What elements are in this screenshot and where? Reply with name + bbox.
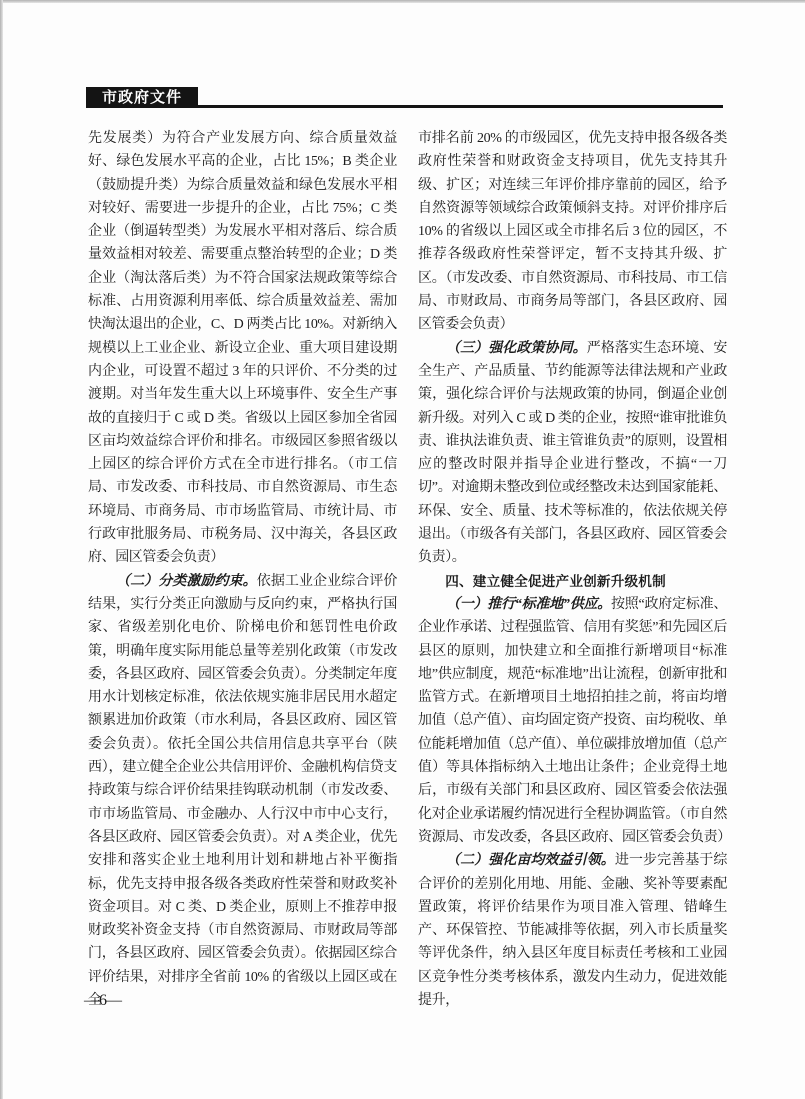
right-column: 市排名前 20% 的市级园区，优先支持申报各级各类政府性荣誉和财政资金支持项目，… (418, 127, 727, 1012)
document-page: 市政府文件 先发展类）为符合产业发展方向、综合质量效益好、绿色发展水平高的企业，… (0, 0, 805, 1099)
paragraph-lead: （一）推行“标准地”供应。 (446, 597, 611, 612)
paragraph-text: 严格落实生态环境、安全生产、产品质量、节约能源等法律法规和产业政策，强化综合评价… (418, 341, 727, 566)
left-column: 先发展类）为符合产业发展方向、综合质量效益好、绿色发展水平高的企业，占比 15%… (88, 127, 397, 1012)
paragraph-text: 先发展类）为符合产业发展方向、综合质量效益好、绿色发展水平高的企业，占比 15%… (88, 131, 397, 565)
section-heading: 四、建立健全促进产业创新升级机制 (418, 570, 727, 593)
paragraph-text: 市排名前 20% 的市级园区，优先支持申报各级各类政府性荣誉和财政资金支持项目，… (418, 131, 727, 332)
paragraph-lead: （二）分类激励约束。 (116, 574, 257, 589)
scan-edge-top (0, 0, 805, 3)
paragraph-lead: （二）强化亩均效益引领。 (446, 853, 615, 868)
paragraph: （三）强化政策协同。严格落实生态环境、安全生产、产品质量、节约能源等法律法规和产… (418, 337, 727, 570)
scan-edge-left (0, 0, 3, 1099)
paragraph-text: 依据工业企业综合评价结果，实行分类正向激励与反向约束，严格执行国家、省级差别化电… (88, 574, 397, 1008)
paragraph: （二）强化亩均效益引领。进一步完善基于综合评价的差别化用地、用能、金融、奖补等要… (418, 849, 727, 1012)
paragraph: （二）分类激励约束。依据工业企业综合评价结果，实行分类正向激励与反向约束，严格执… (88, 570, 397, 1013)
section-heading-text: 四、建立健全促进产业创新升级机制 (445, 574, 666, 589)
body-columns: 先发展类）为符合产业发展方向、综合质量效益好、绿色发展水平高的企业，占比 15%… (88, 127, 727, 1012)
paragraph: 市排名前 20% 的市级园区，优先支持申报各级各类政府性荣誉和财政资金支持项目，… (418, 127, 727, 337)
page-number: —6— (84, 992, 121, 1010)
paragraph: （一）推行“标准地”供应。按照“政府定标准、企业作承诺、过程强监管、信用有奖惩”… (418, 593, 727, 849)
paragraph: 先发展类）为符合产业发展方向、综合质量效益好、绿色发展水平高的企业，占比 15%… (88, 127, 397, 570)
header-rule (86, 105, 723, 108)
paragraph-lead: （三）强化政策协同。 (446, 341, 587, 356)
paragraph-text: 按照“政府定标准、企业作承诺、过程强监管、信用有奖惩”和先园区后县区的原则，加快… (418, 597, 731, 845)
paragraph-text: 进一步完善基于综合评价的差别化用地、用能、金融、奖补等要素配置政策，将评价结果作… (418, 853, 727, 1008)
